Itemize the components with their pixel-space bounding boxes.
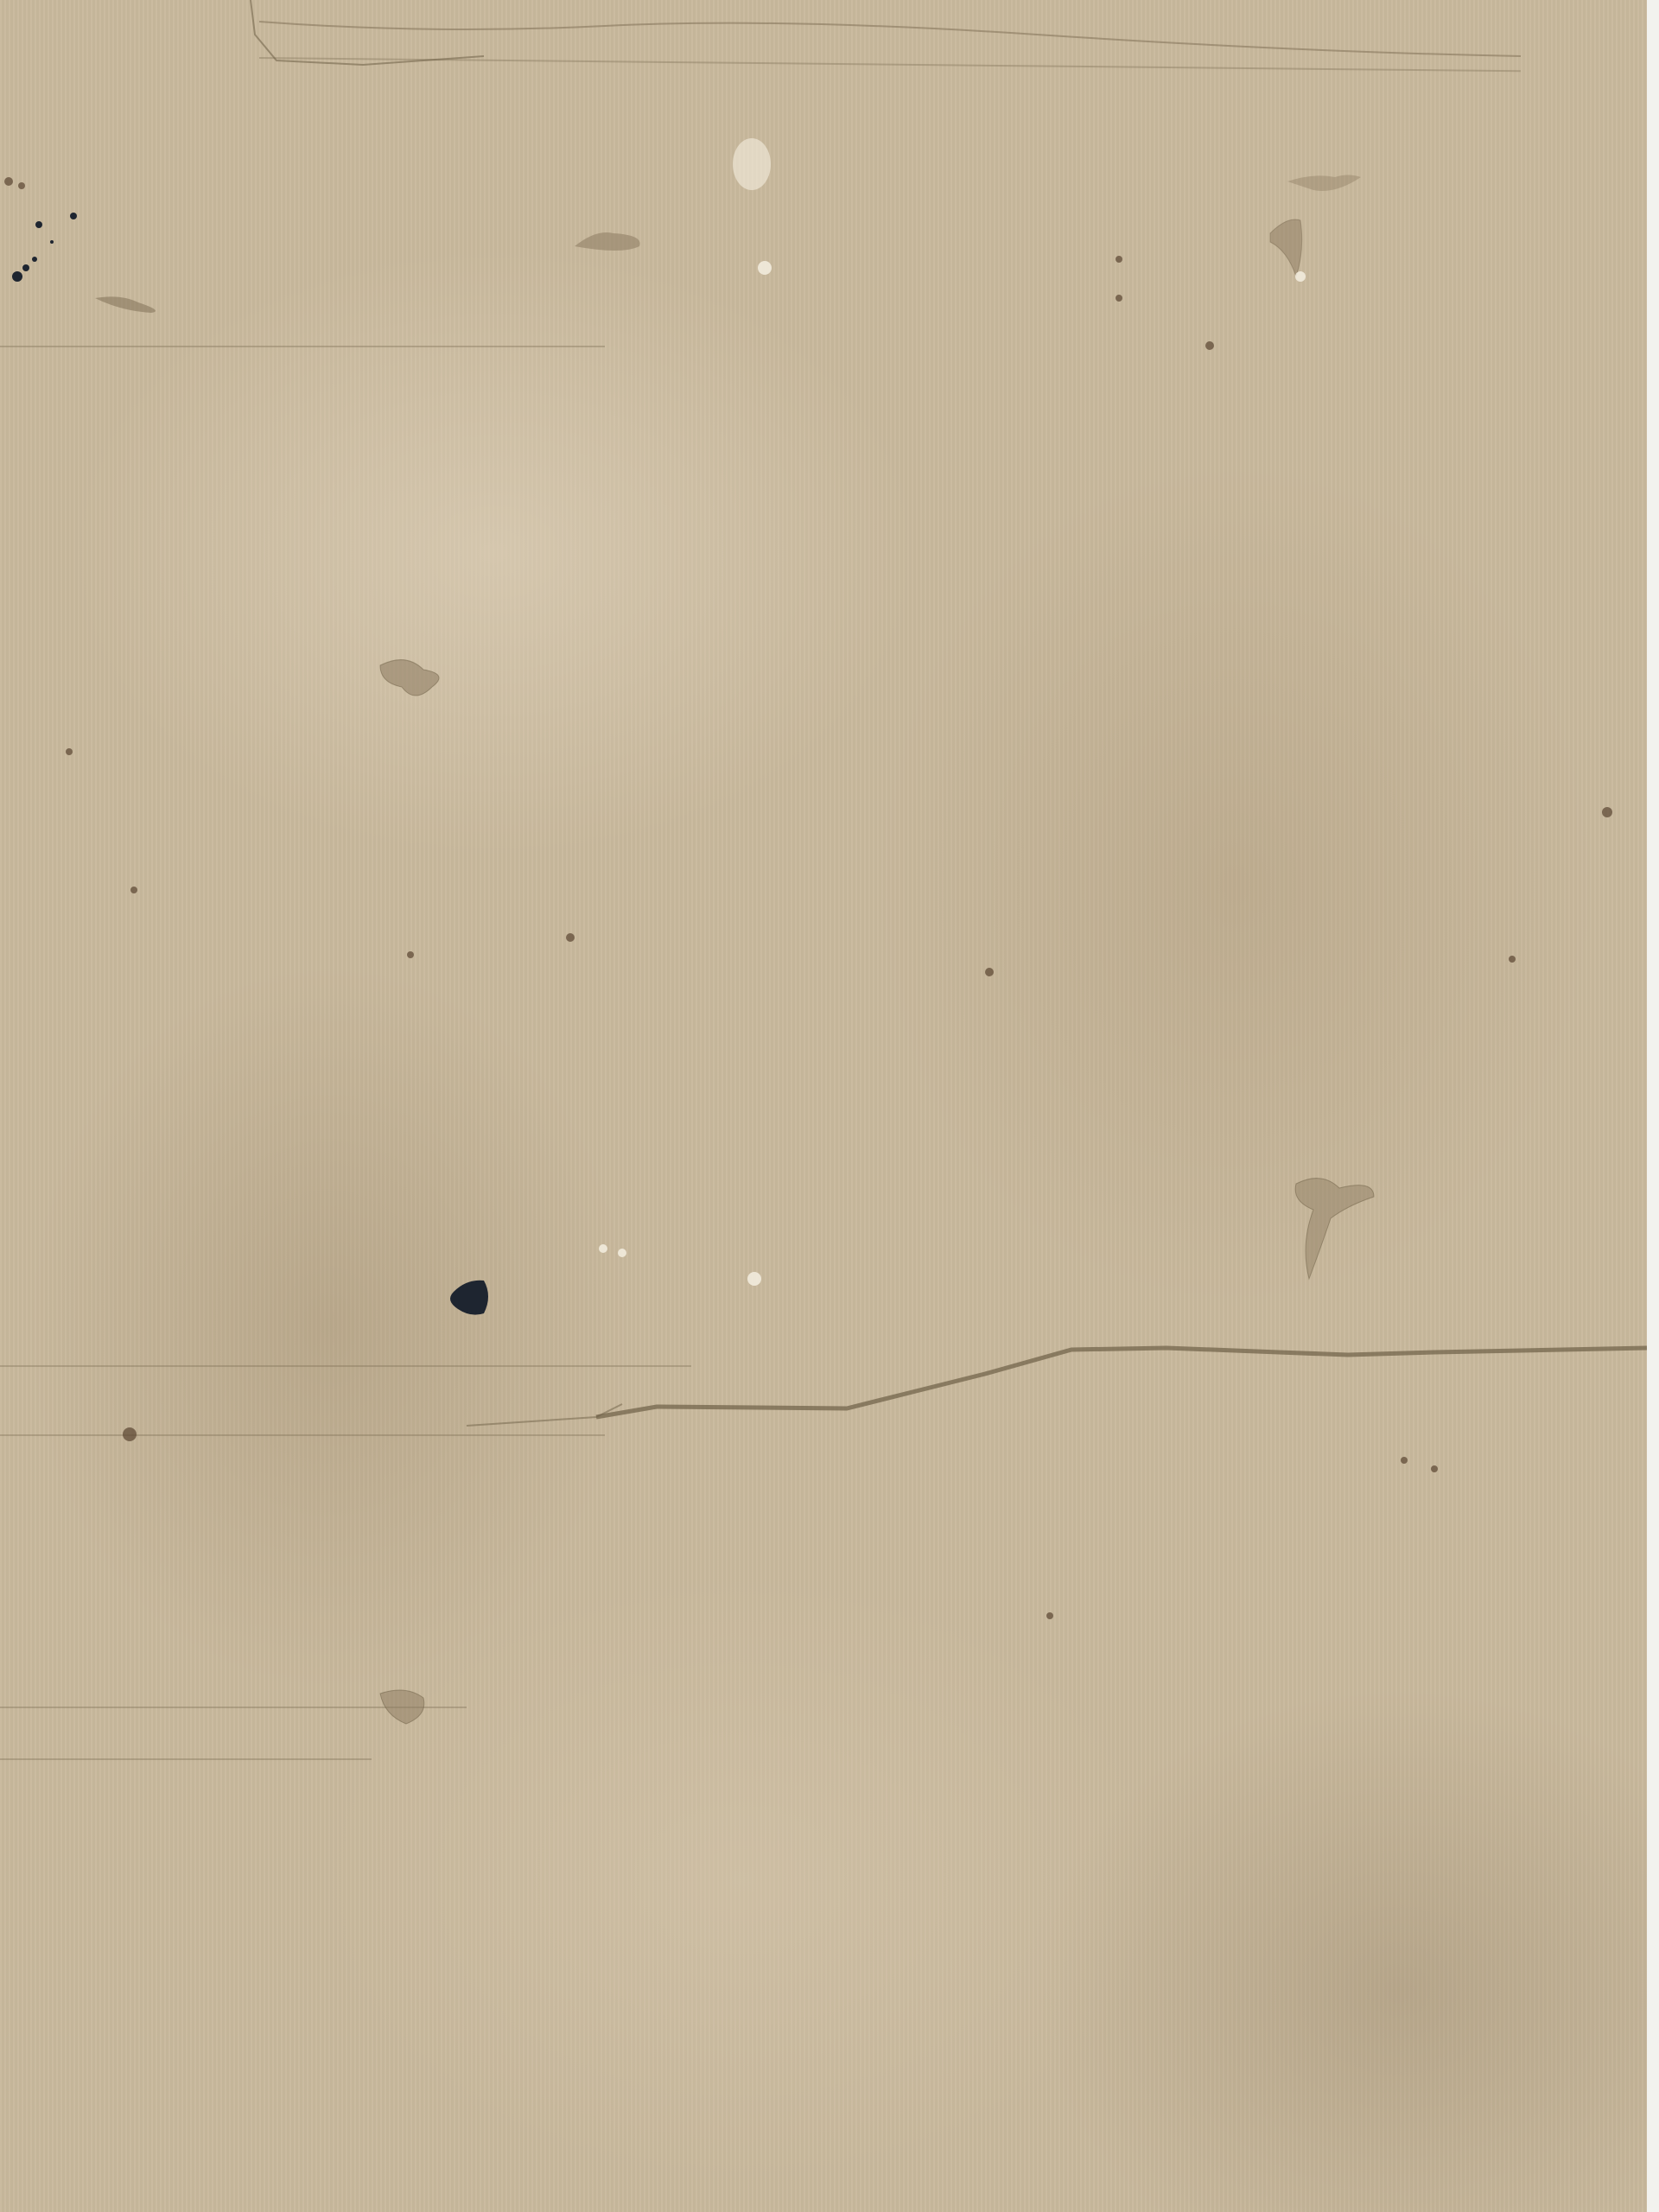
stain-mark [1295, 1179, 1374, 1279]
top-crease [259, 22, 1521, 56]
stain-mark [380, 660, 439, 696]
ink-spot [450, 1281, 488, 1315]
paper-marks [0, 0, 1647, 2212]
stain-mark [380, 1690, 424, 1724]
stain-mark [1287, 175, 1361, 192]
ink-speckles [12, 213, 77, 282]
stain-mark [95, 296, 156, 313]
aged-paper-sheet [0, 0, 1647, 2212]
crack-branch [467, 1404, 622, 1426]
stain-mark [1270, 219, 1302, 276]
crack-line [596, 1348, 1647, 1417]
top-left-tear [251, 0, 484, 65]
rust-spots [4, 177, 1612, 1619]
stain-mark [575, 232, 640, 251]
highlight-spots [599, 138, 1306, 1286]
